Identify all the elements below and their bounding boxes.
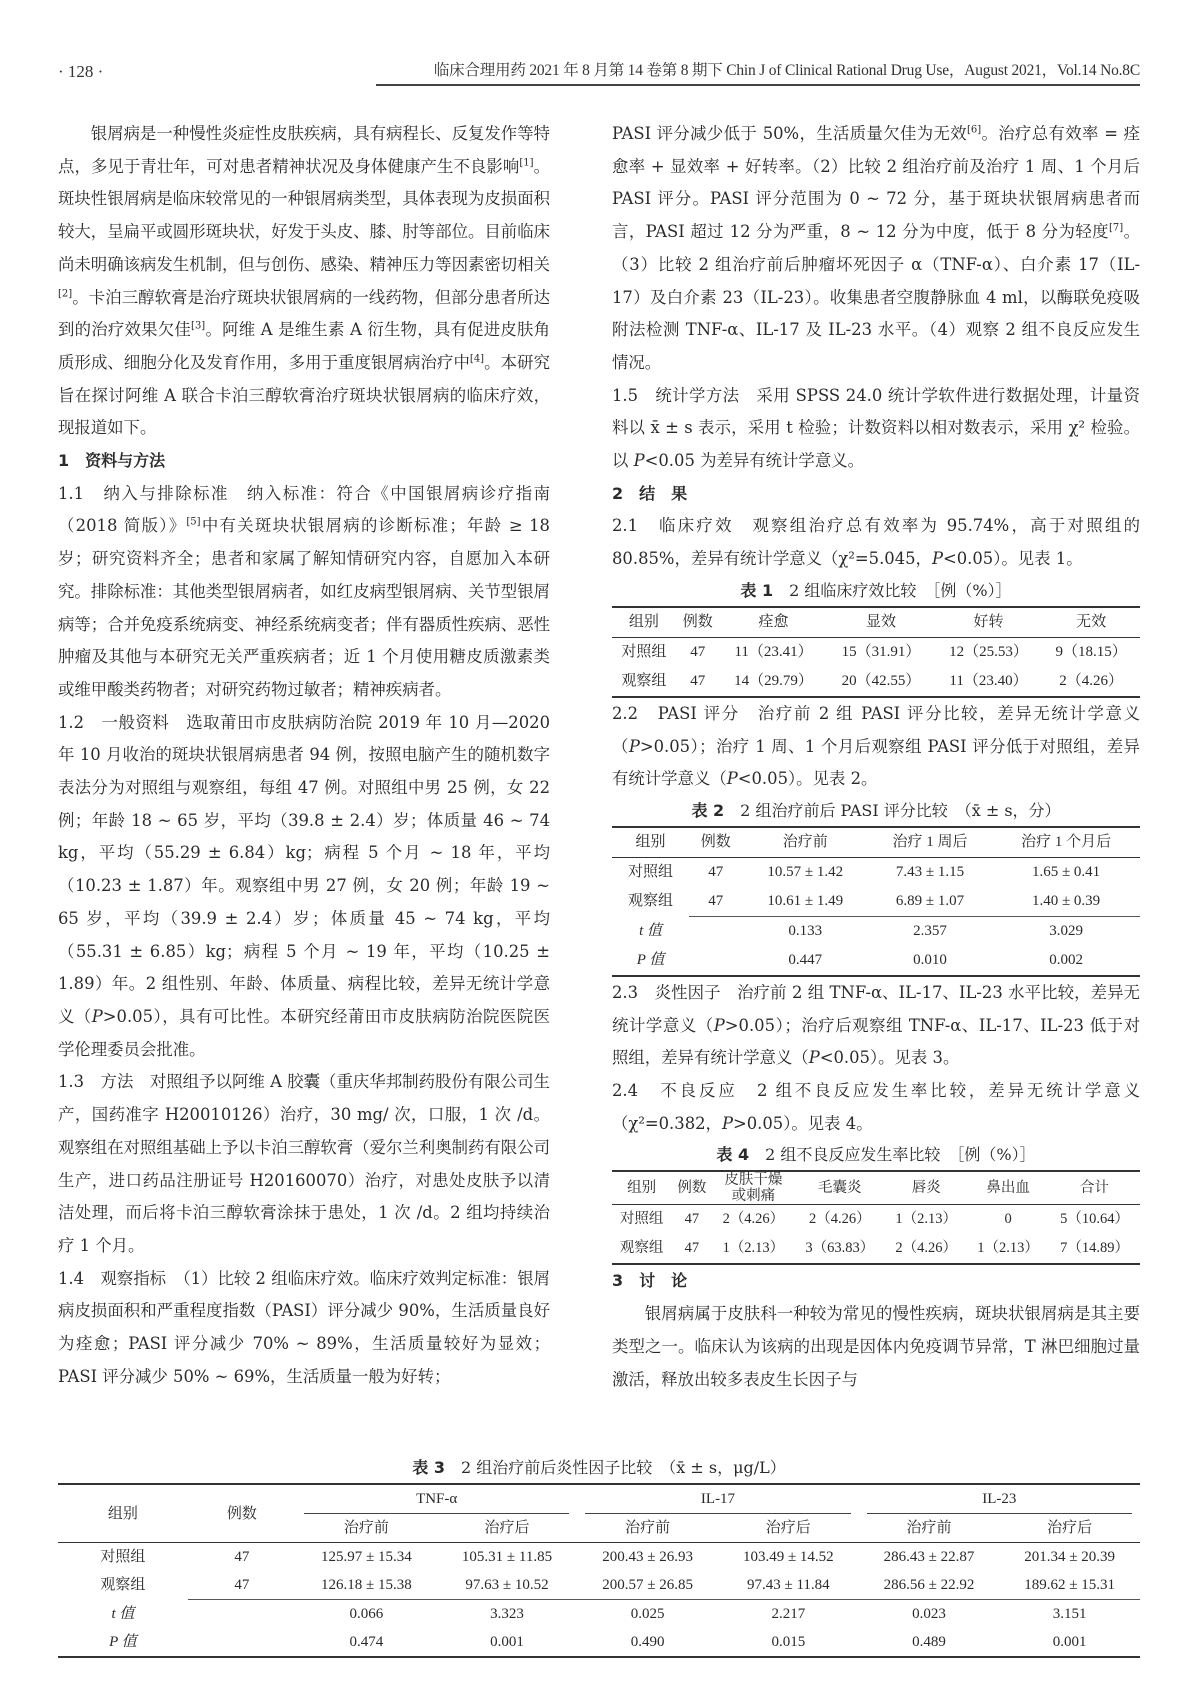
right-column: PASI 评分减少低于 50%，生活质量欠佳为无效[6]。治疗总有效率 = 痊愈…: [612, 118, 1140, 1396]
table-caption-text: 2 组不良反应发生率比较 ［例（%）］: [765, 1145, 1035, 1164]
table-cell: 11（23.41）: [720, 637, 827, 667]
subsection-2-4: 2.4 不良反应 2 组不良反应发生率比较，差异无统计学意义（χ²=0.382，…: [612, 1075, 1140, 1140]
table-cell: 3.323: [437, 1600, 578, 1629]
table-4-caption: 表 4 2 组不良反应发生率比较 ［例（%）］: [612, 1140, 1140, 1170]
subsection-label: 1.3 方法: [58, 1072, 150, 1091]
table-cell: 观察组: [612, 667, 676, 697]
column-header: 鼻出血: [967, 1171, 1049, 1205]
row-label: P 值: [612, 946, 689, 976]
table-cell: 47: [188, 1543, 296, 1572]
table-row: 对照组 47 2（4.26） 2（4.26） 1（2.13） 0 5（10.64…: [612, 1205, 1140, 1235]
subsection-2-3: 2.3 炎性因子 治疗前 2 组 TNF-α、IL-17、IL-23 水平比较，…: [612, 977, 1140, 1075]
table-cell: 15（31.91）: [827, 637, 934, 667]
subsection-2-2: 2.2 PASI 评分 治疗前 2 组 PASI 评分比较，差异无统计学意义（P…: [612, 698, 1140, 796]
table-cell: 20（42.55）: [827, 667, 934, 697]
column-header: 治疗后: [999, 1514, 1140, 1543]
subsection-text: 对照组予以阿维 A 胶囊（重庆华邦制药股份有限公司生产，国药准字 H200101…: [58, 1072, 550, 1255]
table-cell: 对照组: [612, 637, 676, 667]
column-header: 例数: [689, 827, 742, 858]
column-header: 例数: [676, 607, 720, 638]
table-cell: 1.65 ± 0.41: [992, 857, 1140, 887]
table-cell: 0.066: [296, 1600, 437, 1629]
table-cell: 对照组: [612, 1205, 671, 1235]
p-symbol: P: [92, 1007, 103, 1026]
column-header: 好转: [935, 607, 1042, 638]
table-cell: 97.43 ± 11.84: [718, 1571, 859, 1600]
table-cell: 2（4.26）: [1042, 667, 1140, 697]
subsection-1-4: 1.4 观察指标 （1）比较 2 组临床疗效。临床疗效判定标准：银屑病皮损面积和…: [58, 1263, 550, 1394]
section-heading-results: 2 结 果: [612, 478, 1140, 511]
table-cell: 47: [188, 1571, 296, 1600]
subsection-1-3: 1.3 方法 对照组予以阿维 A 胶囊（重庆华邦制药股份有限公司生产，国药准字 …: [58, 1066, 550, 1262]
table-row-p-value: P 值 0.447 0.010 0.002: [612, 946, 1140, 976]
column-header: 组别: [612, 1171, 671, 1205]
citation-ref[interactable]: [3]: [191, 321, 205, 332]
table-cell: 0.002: [992, 946, 1140, 976]
table-row: 观察组 47 126.18 ± 15.38 97.63 ± 10.52 200.…: [58, 1571, 1140, 1600]
p-symbol: P: [809, 1048, 820, 1067]
intro-paragraph: 银屑病是一种慢性炎症性皮肤疾病，具有病程长、反复发作等特点，多见于青壮年，可对患…: [58, 118, 550, 445]
table-row: 观察组 47 10.61 ± 1.49 6.89 ± 1.07 1.40 ± 0…: [612, 887, 1140, 917]
citation-ref[interactable]: [7]: [1109, 223, 1123, 234]
column-header: 例数: [188, 1484, 296, 1543]
citation-ref[interactable]: [4]: [470, 353, 484, 364]
table-row: 对照组 47 125.97 ± 15.34 105.31 ± 11.85 200…: [58, 1543, 1140, 1572]
subsection-text: <0.05）。见表 1。: [943, 549, 1083, 568]
table-cell: 9（18.15）: [1042, 637, 1140, 667]
section-heading-methods: 1 资料与方法: [58, 445, 550, 478]
table-cell: 125.97 ± 15.34: [296, 1543, 437, 1572]
table-cell: 7.43 ± 1.15: [868, 857, 992, 887]
page-number: · 128 ·: [58, 62, 103, 82]
table-3-caption: 表 3 2 组治疗前后炎性因子比较 （x̄ ± s，μg/L）: [58, 1453, 1140, 1483]
factor-header-il17: IL-17: [577, 1484, 858, 1514]
table-cell: 0.025: [577, 1600, 718, 1629]
subsection-text: 。（3）比较 2 组治疗前后肿瘤坏死因子 α（TNF-α）、白介素 17（IL-…: [612, 222, 1140, 372]
table-cell: 1.40 ± 0.39: [992, 887, 1140, 917]
column-header: 治疗前: [296, 1514, 437, 1543]
table-3-container: 表 3 2 组治疗前后炎性因子比较 （x̄ ± s，μg/L） 组别 例数 TN…: [58, 1453, 1140, 1658]
table-3-inflammatory-factors: 组别 例数 TNF-α IL-17 IL-23 治疗前 治疗后 治疗前 治疗后 …: [58, 1483, 1140, 1658]
table-label: 表 1: [740, 581, 773, 600]
table-cell: 2（4.26）: [712, 1205, 794, 1235]
table-cell: 47: [689, 887, 742, 917]
table-label: 表 2: [691, 801, 724, 820]
table-label: 表 3: [412, 1458, 445, 1477]
table-cell: 观察组: [612, 887, 689, 917]
table-cell: 1（2.13）: [712, 1234, 794, 1264]
table-cell: 200.57 ± 26.85: [577, 1571, 718, 1600]
column-header: 治疗 1 周后: [868, 827, 992, 858]
table-cell: 97.63 ± 10.52: [437, 1571, 578, 1600]
table-cell: 观察组: [58, 1571, 188, 1600]
column-header: 治疗前: [743, 827, 868, 858]
table-cell: 0.447: [743, 946, 868, 976]
subsection-text: PASI 评分减少低于 50%，生活质量欠佳为无效: [612, 124, 967, 143]
column-header: 合计: [1049, 1171, 1140, 1205]
table-cell: 6.89 ± 1.07: [868, 887, 992, 917]
table-cell: 286.56 ± 22.92: [859, 1571, 1000, 1600]
table-label: 表 4: [716, 1145, 749, 1164]
table-cell: 5（10.64）: [1049, 1205, 1140, 1235]
journal-citation: 临床合理用药 2021 年 8 月第 14 卷第 8 期下 Chin J of …: [376, 58, 1140, 80]
column-header: 治疗前: [859, 1514, 1000, 1543]
subsection-1-2: 1.2 一般资料 选取莆田市皮肤病防治院 2019 年 10 月—2020 年 …: [58, 707, 550, 1067]
table-row-t-value: t 值 0.133 2.357 3.029: [612, 916, 1140, 946]
p-symbol: P: [714, 1016, 725, 1035]
section-heading-discussion: 3 讨 论: [612, 1265, 1140, 1298]
table-cell: 3.029: [992, 916, 1140, 946]
table-cell: 0.474: [296, 1628, 437, 1657]
table-cell: 286.43 ± 22.87: [859, 1543, 1000, 1572]
column-header: 治疗 1 个月后: [992, 827, 1140, 858]
column-header: 组别: [612, 607, 676, 638]
table-cell: 11（23.40）: [935, 667, 1042, 697]
column-header: 皮肤干燥或刺痛: [712, 1171, 794, 1205]
column-header: 毛囊炎: [794, 1171, 885, 1205]
table-cell: 0.001: [437, 1628, 578, 1657]
table-cell: 对照组: [612, 857, 689, 887]
table-cell: 1（2.13）: [967, 1234, 1049, 1264]
table-1-caption: 表 1 2 组临床疗效比较 ［例（%）］: [612, 576, 1140, 606]
column-header: 组别: [612, 827, 689, 858]
subsection-text: >0.05），具有可比性。本研究经莆田市皮肤病防治院医院医学伦理委员会批准。: [58, 1007, 550, 1059]
column-header: 唇炎: [885, 1171, 967, 1205]
subsection-1-1: 1.1 纳入与排除标准 纳入标准：符合《中国银屑病诊疗指南（2018 简版）》[…: [58, 478, 550, 707]
table-cell: 10.61 ± 1.49: [743, 887, 868, 917]
table-caption-text: 2 组治疗前后炎性因子比较 （x̄ ± s，μg/L）: [461, 1458, 786, 1477]
table-cell: 12（25.53）: [935, 637, 1042, 667]
table-row-p-value: P 值 0.474 0.001 0.490 0.015 0.489 0.001: [58, 1628, 1140, 1657]
subsection-1-5: 1.5 统计学方法 采用 SPSS 24.0 统计学软件进行数据处理，计量资料以…: [612, 380, 1140, 478]
table-cell: 3（63.83）: [794, 1234, 885, 1264]
factor-header-tnf: TNF-α: [296, 1484, 577, 1514]
table-cell: 7（14.89）: [1049, 1234, 1140, 1264]
table-cell: 0: [967, 1205, 1049, 1235]
table-cell: 103.49 ± 14.52: [718, 1543, 859, 1572]
table-row-t-value: t 值 0.066 3.323 0.025 2.217 0.023 3.151: [58, 1600, 1140, 1629]
column-header: 显效: [827, 607, 934, 638]
subsection-label: 2.1 临床疗效: [612, 516, 752, 535]
table-cell: 2（4.26）: [885, 1234, 967, 1264]
table-cell: 201.34 ± 20.39: [999, 1543, 1140, 1572]
row-label: t 值: [612, 916, 689, 946]
p-symbol: P: [722, 1114, 733, 1133]
table-row: 观察组 47 14（29.79） 20（42.55） 11（23.40） 2（4…: [612, 667, 1140, 697]
table-cell: 47: [671, 1205, 712, 1235]
subsection-label: 2.3 炎性因子: [612, 983, 737, 1002]
table-cell: 观察组: [612, 1234, 671, 1264]
citation-ref[interactable]: [5]: [186, 517, 200, 528]
subsection-label: 1.4 观察指标: [58, 1269, 182, 1288]
factor-header-il23: IL-23: [859, 1484, 1140, 1514]
table-caption-text: 2 组治疗前后 PASI 评分比较 （x̄ ± s，分）: [740, 801, 1060, 820]
table-cell: 47: [676, 667, 720, 697]
table-row: 观察组 47 1（2.13） 3（63.83） 2（4.26） 1（2.13） …: [612, 1234, 1140, 1264]
subsection-text: <0.05）。见表 2。: [738, 769, 878, 788]
table-cell: 47: [671, 1234, 712, 1264]
running-header: · 128 · 临床合理用药 2021 年 8 月第 14 卷第 8 期下 Ch…: [0, 0, 1196, 90]
subsection-label: 1.1 纳入与排除标准: [58, 484, 247, 503]
subsection-text: 中有关斑块状银屑病的诊断标准；年龄 ≥ 18 岁；研究资料齐全；患者和家属了解知…: [58, 516, 550, 699]
table-cell: 105.31 ± 11.85: [437, 1543, 578, 1572]
left-column: 银屑病是一种慢性炎症性皮肤疾病，具有病程长、反复发作等特点，多见于青壮年，可对患…: [58, 118, 550, 1393]
table-cell: 对照组: [58, 1543, 188, 1572]
table-row: 对照组 47 11（23.41） 15（31.91） 12（25.53） 9（1…: [612, 637, 1140, 667]
table-cell: 0.001: [999, 1628, 1140, 1657]
table-cell: 14（29.79）: [720, 667, 827, 697]
table-cell: 189.62 ± 15.31: [999, 1571, 1140, 1600]
subsection-label: 1.2 一般资料: [58, 713, 186, 732]
subsection-text: <0.05）。见表 3。: [820, 1048, 960, 1067]
table-cell: 0.023: [859, 1600, 1000, 1629]
column-header: 痊愈: [720, 607, 827, 638]
table-2-pasi-scores: 组别 例数 治疗前 治疗 1 周后 治疗 1 个月后 对照组 47 10.57 …: [612, 826, 1140, 977]
subsection-2-1: 2.1 临床疗效 观察组治疗总有效率为 95.74%，高于对照组的 80.85%…: [612, 510, 1140, 575]
table-caption-text: 2 组临床疗效比较 ［例（%）］: [789, 581, 1011, 600]
table-cell: 0.133: [743, 916, 868, 946]
column-header: 治疗后: [437, 1514, 578, 1543]
table-cell: 1（2.13）: [885, 1205, 967, 1235]
subsection-text: <0.05 为差异有统计学意义。: [645, 451, 864, 470]
subsection-text: 选取莆田市皮肤病防治院 2019 年 10 月—2020 年 10 月收治的斑块…: [58, 713, 550, 1026]
citation-ref[interactable]: [2]: [58, 288, 72, 299]
table-cell: 2（4.26）: [794, 1205, 885, 1235]
table-row: 对照组 47 10.57 ± 1.42 7.43 ± 1.15 1.65 ± 0…: [612, 857, 1140, 887]
p-symbol: P: [629, 737, 640, 756]
p-symbol: P: [932, 549, 943, 568]
column-header: 治疗前: [577, 1514, 718, 1543]
subsection-label: 2.2 PASI 评分: [612, 704, 758, 723]
row-label: P 值: [58, 1628, 188, 1657]
table-cell: 2.217: [718, 1600, 859, 1629]
table-cell: 10.57 ± 1.42: [743, 857, 868, 887]
table-cell: 126.18 ± 15.38: [296, 1571, 437, 1600]
column-header: 无效: [1042, 607, 1140, 638]
citation-ref[interactable]: [6]: [967, 125, 981, 136]
column-header: 组别: [58, 1484, 188, 1543]
table-cell: 47: [676, 637, 720, 667]
column-header: 例数: [671, 1171, 712, 1205]
table-cell: 3.151: [999, 1600, 1140, 1629]
table-1-clinical-efficacy: 组别 例数 痊愈 显效 好转 无效 对照组 47 11（23.41） 15（31…: [612, 606, 1140, 698]
p-symbol: P: [634, 451, 645, 470]
subsection-label: 2.4 不良反应: [612, 1081, 757, 1100]
subsection-text: >0.05）。见表 4。: [733, 1114, 873, 1133]
subsection-1-4-continued: PASI 评分减少低于 50%，生活质量欠佳为无效[6]。治疗总有效率 = 痊愈…: [612, 118, 1140, 380]
table-cell: 200.43 ± 26.93: [577, 1543, 718, 1572]
intro-text-1: 银屑病是一种慢性炎症性皮肤疾病，具有病程长、反复发作等特点，多见于青壮年，可对患…: [58, 124, 550, 176]
citation-ref[interactable]: [1]: [519, 157, 533, 168]
p-symbol: P: [727, 769, 738, 788]
subsection-label: 1.5 统计学方法: [612, 386, 756, 405]
row-label: t 值: [58, 1600, 188, 1629]
table-cell: 47: [689, 857, 742, 887]
table-cell: 0.490: [577, 1628, 718, 1657]
table-2-caption: 表 2 2 组治疗前后 PASI 评分比较 （x̄ ± s，分）: [612, 796, 1140, 826]
table-cell: 0.015: [718, 1628, 859, 1657]
table-4-adverse-reactions: 组别 例数 皮肤干燥或刺痛 毛囊炎 唇炎 鼻出血 合计 对照组 47 2（4.2…: [612, 1170, 1140, 1265]
header-rule: [376, 84, 1140, 86]
column-header: 治疗后: [718, 1514, 859, 1543]
table-cell: 2.357: [868, 916, 992, 946]
discussion-paragraph: 银屑病属于皮肤科一种较为常见的慢性疾病，斑块状银屑病是其主要类型之一。临床认为该…: [612, 1298, 1140, 1396]
table-cell: 0.010: [868, 946, 992, 976]
table-cell: 0.489: [859, 1628, 1000, 1657]
